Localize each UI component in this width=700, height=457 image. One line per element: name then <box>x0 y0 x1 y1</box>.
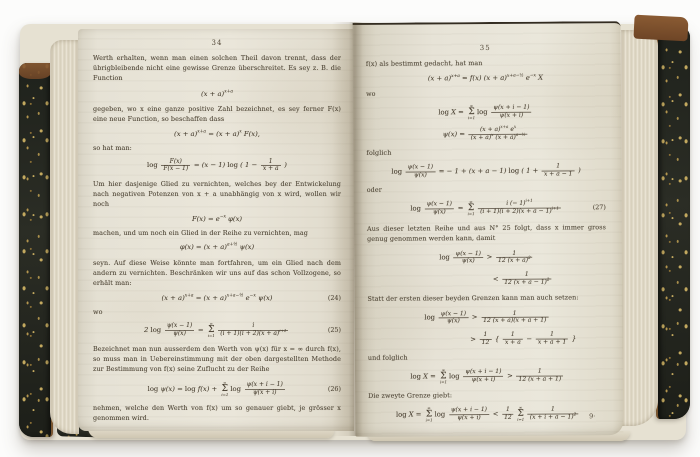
text-paragraph: seyn. Auf diese Weise könnte man fortfah… <box>93 258 341 288</box>
display-formula: (x + a)x+a = f(x) (x + a)x+a−½ e−x X <box>366 73 605 83</box>
display-formula: (x + a)x+a = (x + a)x+a−½ e−x ψ(x)(24) <box>93 294 341 302</box>
text-paragraph: wo <box>366 88 605 98</box>
equation-number: (26) <box>328 385 341 393</box>
display-formula: log ψ(x − 1)ψ(x) = − 1 + (x + a − 1) log… <box>367 163 606 179</box>
display-formula: log X = ∞Σi=1log ψ(x + i − 1)ψ(x + i) > … <box>368 367 607 385</box>
right-page: 35 f(x) als bestimmt gedacht, hat man(x … <box>353 21 624 437</box>
text-paragraph: Um hier dasjenige Glied zu vernichten, w… <box>93 179 341 209</box>
display-formula: log ψ(x − 1)ψ(x) > 112 (x + a)2 <box>367 249 606 265</box>
page-number-right: 35 <box>366 43 605 53</box>
signature-mark: 9· <box>589 412 595 420</box>
text-paragraph: wo <box>93 308 341 316</box>
text-paragraph: so hat man: <box>93 144 341 152</box>
text-paragraph: nehmen, welche den Werth von f(x) um so … <box>93 403 341 423</box>
display-formula: (x + a)x+a <box>93 90 341 98</box>
equation-number: (24) <box>328 294 341 302</box>
text-paragraph: Statt der ersten dieser beyden Grenzen k… <box>367 292 606 304</box>
right-page-edges <box>621 30 658 426</box>
equation-number: (25) <box>328 326 341 334</box>
display-formula: < 112 (x + a − 1)2 <box>367 271 606 287</box>
text-paragraph: oder <box>367 184 606 194</box>
equation-number: (27) <box>593 203 606 211</box>
display-formula: log F(x)F(x − 1) = (x − 1) log ( 1 − 1x … <box>93 158 341 172</box>
display-formula: log X = ∞Σi=1log ψ(x + i − 1)ψ(x + i) < … <box>368 405 607 423</box>
text-paragraph: f(x) als bestimmt gedacht, hat man <box>366 58 605 68</box>
leather-spine-corner <box>633 15 688 42</box>
display-formula: > 112 { 1x + a − 1x + a + 1 } <box>368 331 607 347</box>
display-formula: 2 log ψ(x − 1)ψ(x) = ∞Σi=1i(i + 1)(i + 2… <box>93 322 341 338</box>
right-page-text: 35 f(x) als bestimmt gedacht, hat man(x … <box>366 43 608 423</box>
text-paragraph: und folglich <box>368 352 607 362</box>
left-page-text: 34 Werth erhalten, wenn man einen solche… <box>93 39 341 423</box>
text-paragraph: Die zweyte Grenze giebt: <box>368 390 607 400</box>
text-paragraph: Bezeichnet man nun ausserdem den Werth v… <box>93 344 341 374</box>
text-paragraph: machen, und um noch ein Glied in der Rei… <box>93 229 341 237</box>
display-formula: F(x) = e−x φ(x) <box>93 215 341 223</box>
display-formula: φ(x) = (x + a)a+½ ψ(x) <box>93 243 341 251</box>
text-paragraph: gegeben, wo x eine ganze positive Zahl b… <box>93 104 341 124</box>
display-formula: ψ(x) = (x + a)x+a ex(x + a)x (x + a)a−½ <box>366 126 605 142</box>
display-formula: (x + a)x+a = (x + a)x F(x), <box>93 130 341 138</box>
left-cover-marbled <box>19 63 53 437</box>
right-cover-marbled <box>656 27 690 419</box>
left-page-edges <box>50 40 79 434</box>
display-formula: log ψ(x) = log f(x) + ∞Σi=1log ψ(x + i −… <box>93 381 341 397</box>
display-formula: log ψ(x − 1)ψ(x) = ∞Σi=1i (− 1)i+1(i + 1… <box>367 199 606 217</box>
display-formula: log X = ∞Σi=1log ψ(x + i − 1)ψ(x + i) <box>366 103 605 121</box>
text-paragraph: Aus dieser letzten Reihe und aus N° 25 f… <box>367 222 606 244</box>
text-paragraph: folglich <box>366 148 605 158</box>
text-paragraph: Werth erhalten, wenn man einen solchen T… <box>93 53 341 83</box>
page-number-left: 34 <box>93 39 341 47</box>
photo-background: 34 Werth erhalten, wenn man einen solche… <box>0 0 700 457</box>
display-formula: log ψ(x − 1)ψ(x) > 112 (x + a)(x + a + 1… <box>368 309 607 325</box>
left-page: 34 Werth erhalten, wenn man einen solche… <box>78 29 354 431</box>
